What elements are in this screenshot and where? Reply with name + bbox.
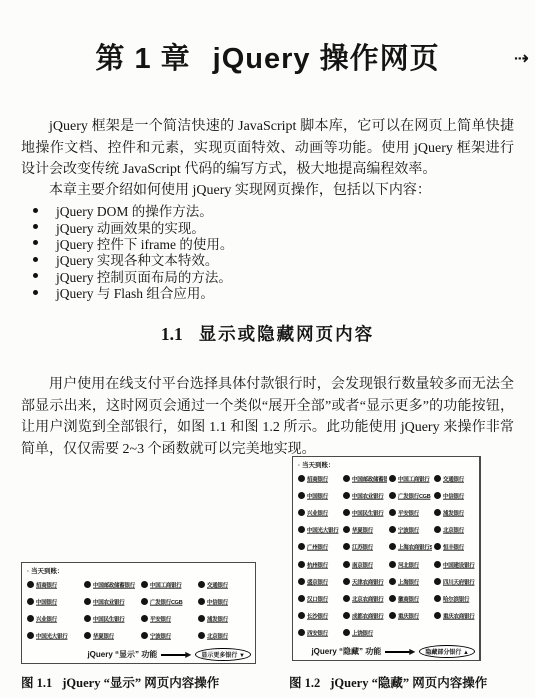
bank-name: 北京农商银行	[352, 594, 383, 602]
bank-item[interactable]: 中国邮政储蓄银行	[82, 576, 139, 593]
bank-name: 广州银行	[307, 543, 328, 551]
bullet-icon	[33, 257, 38, 262]
bank-name: 中信银行	[443, 492, 464, 500]
bank-item[interactable]: 北京银行	[432, 521, 477, 538]
bullet-icon	[33, 240, 38, 245]
bank-item[interactable]: 重庆农商银行	[432, 607, 477, 624]
bank-item[interactable]: 招商银行	[25, 576, 82, 593]
bank-item[interactable]: 平安银行	[387, 504, 432, 521]
bank-name: 北京银行	[207, 631, 228, 639]
bank-logo-icon	[298, 595, 305, 602]
bank-name: 宁波银行	[398, 526, 419, 534]
bank-name: 广发银行CGB	[150, 597, 182, 605]
bank-name: 恒丰银行	[443, 543, 464, 551]
bank-logo-icon	[198, 598, 205, 605]
figure-1-2-screenshot: · 当天到账： 招商银行中国邮政储蓄银行中国工商银行交通银行中国银行中国农业银行…	[292, 456, 481, 661]
bank-item[interactable]: 中国建设银行	[432, 555, 477, 572]
bank-item[interactable]: 广发银行CGB	[387, 487, 432, 504]
bank-name: 江苏银行	[352, 543, 373, 551]
bank-name: 中国建设银行	[443, 560, 474, 568]
show-more-banks-button[interactable]: 显示更多银行 ▼	[195, 648, 251, 661]
bank-item[interactable]: 上海银行	[387, 573, 432, 590]
chapter-name: jQuery 操作网页	[213, 43, 440, 75]
bank-name: 交通银行	[207, 580, 228, 588]
bank-name: 招商银行	[307, 474, 328, 482]
bank-name: 浦发银行	[443, 509, 464, 517]
bank-name: 中国银行	[307, 492, 328, 500]
annotation-label: jQuery “隐藏” 功能	[311, 646, 381, 657]
bank-item[interactable]: 杭州银行	[296, 555, 341, 572]
dashed-arrow-icon: ⇢	[514, 48, 529, 69]
bullet-icon	[33, 273, 38, 278]
bank-name: 交通银行	[443, 474, 464, 482]
arrow-head-icon: ▶	[185, 651, 191, 659]
bank-logo-icon	[27, 632, 34, 639]
bank-name: 中国民生银行	[93, 614, 124, 622]
bank-logo-icon	[141, 581, 148, 588]
bank-logo-icon	[298, 543, 305, 550]
bank-logo-icon	[84, 632, 91, 639]
bank-item[interactable]: 广发银行CGB	[139, 593, 196, 610]
bank-item[interactable]: 盛京银行	[296, 573, 341, 590]
bank-name: 中国工商银行	[150, 580, 181, 588]
bank-name: 长沙银行	[307, 611, 328, 619]
bank-logo-icon	[343, 543, 350, 550]
bank-item[interactable]: 中国农业银行	[82, 593, 139, 610]
bank-name: 上饶银行	[352, 628, 373, 636]
list-item-text: jQuery 与 Flash 组合应用。	[56, 282, 214, 302]
bank-item[interactable]: 交通银行	[432, 470, 477, 487]
bank-logo-icon	[434, 475, 441, 482]
bank-name: 重庆银行	[398, 611, 419, 619]
bank-name: 兴业银行	[307, 509, 328, 517]
bank-logo-icon	[298, 492, 305, 499]
bank-name: 西安银行	[307, 628, 328, 636]
bank-logo-icon	[343, 595, 350, 602]
bank-name: 四川天府银行	[443, 577, 474, 585]
bank-name: 中国邮政储蓄银行	[352, 474, 386, 482]
bank-item[interactable]: 天津农商银行	[341, 573, 386, 590]
bank-logo-icon	[343, 492, 350, 499]
bank-logo-icon	[27, 615, 34, 622]
bank-name: 南京银行	[352, 560, 373, 568]
bank-name: 平安银行	[150, 614, 171, 622]
bank-item[interactable]: 兴业银行	[25, 610, 82, 627]
section-number: 1.1	[161, 324, 183, 344]
bank-item[interactable]: 华夏银行	[341, 521, 386, 538]
bank-logo-icon	[198, 615, 205, 622]
bullet-icon	[33, 224, 38, 229]
bank-name: 兴业银行	[36, 614, 57, 622]
figure-1-1-header: · 当天到账：	[22, 563, 255, 575]
figure-1-1-screenshot: · 当天到账： 招商银行中国邮政储蓄银行中国工商银行交通银行中国银行中国农业银行…	[21, 562, 256, 664]
bank-item[interactable]: 重庆银行	[387, 607, 432, 624]
bank-logo-icon	[434, 492, 441, 499]
bank-logo-icon	[389, 595, 396, 602]
section-title: 显示或隐藏网页内容	[199, 324, 375, 344]
bank-item[interactable]: 河北银行	[387, 555, 432, 572]
bank-logo-icon	[84, 581, 91, 588]
bank-item[interactable]: 中国民生银行	[82, 610, 139, 627]
bank-item[interactable]: 南京银行	[341, 555, 386, 572]
bank-logo-icon	[298, 612, 305, 619]
bank-item[interactable]: 北京农商银行	[341, 590, 386, 607]
arrow-line-icon	[161, 654, 187, 656]
bank-logo-icon	[298, 578, 305, 585]
bank-grid: 招商银行中国邮政储蓄银行中国工商银行交通银行中国银行中国农业银行广发银行CGB中…	[293, 469, 479, 641]
bank-item[interactable]: 成都农商银行	[341, 607, 386, 624]
bank-logo-icon	[389, 526, 396, 533]
section-paragraph: 用户使用在线支付平台选择具体付款银行时，会发现银行数量较多而无法全部显示出来，这…	[21, 374, 514, 460]
book-page: 第 1 章jQuery 操作网页 ⇢ jQuery 框架是一个简洁快速的 Jav…	[0, 0, 535, 698]
bank-item[interactable]: 徽商银行	[387, 590, 432, 607]
figure-1-2-header: · 当天到账：	[293, 457, 479, 469]
bank-name: 中国工商银行	[398, 474, 429, 482]
bank-logo-icon	[298, 475, 305, 482]
bank-logo-icon	[298, 561, 305, 568]
bullet-icon	[33, 290, 38, 295]
bank-logo-icon	[343, 475, 350, 482]
bank-logo-icon	[434, 543, 441, 550]
bank-logo-icon	[434, 561, 441, 568]
bank-item[interactable]: 中国工商银行	[139, 576, 196, 593]
section-heading: 1.1显示或隐藏网页内容	[0, 321, 535, 346]
bank-name: 中国农业银行	[352, 492, 383, 500]
hide-some-banks-button[interactable]: 隐藏部分银行 ▲	[419, 645, 475, 658]
bank-name: 中信银行	[207, 597, 228, 605]
bank-item[interactable]: 浦发银行	[196, 610, 253, 627]
bank-name: 招商银行	[36, 580, 57, 588]
bank-item[interactable]: 西安银行	[296, 624, 341, 641]
bank-item[interactable]: 江苏银行	[341, 538, 386, 555]
bank-name: 汉口银行	[307, 594, 328, 602]
bank-name: 中国民生银行	[352, 509, 383, 517]
caption-text: jQuery “显示” 网页内容操作	[62, 676, 219, 690]
caption-number: 图 1.2	[289, 676, 320, 690]
bank-item[interactable]: 中国民生银行	[341, 504, 386, 521]
bank-logo-icon	[343, 578, 350, 585]
bank-logo-icon	[389, 612, 396, 619]
bank-item[interactable]: 中国邮政储蓄银行	[341, 470, 386, 487]
bank-name: 中国农业银行	[93, 597, 124, 605]
bank-item[interactable]: 华夏银行	[82, 627, 139, 644]
bank-logo-icon	[389, 578, 396, 585]
bank-item[interactable]: 中国农业银行	[341, 487, 386, 504]
bank-logo-icon	[389, 509, 396, 516]
bank-name: 浦发银行	[207, 614, 228, 622]
arrow-head-icon: ▶	[409, 648, 415, 656]
bank-item[interactable]: 平安银行	[139, 610, 196, 627]
bank-name: 中国邮政储蓄银行	[93, 580, 135, 588]
bank-name: 中国光大银行	[307, 526, 338, 534]
bank-name: 北京银行	[443, 526, 464, 534]
bank-name: 宁波银行	[150, 631, 171, 639]
bank-item[interactable]: 中信银行	[432, 487, 477, 504]
bank-item[interactable]: 中国光大银行	[25, 627, 82, 644]
bullet-icon	[33, 208, 38, 213]
bank-name: 华夏银行	[352, 526, 373, 534]
bank-logo-icon	[84, 615, 91, 622]
bank-logo-icon	[27, 581, 34, 588]
bank-logo-icon	[389, 543, 396, 550]
bank-logo-icon	[141, 598, 148, 605]
bank-name: 中国光大银行	[36, 631, 67, 639]
bank-logo-icon	[298, 629, 305, 636]
bank-item[interactable]: 中国银行	[25, 593, 82, 610]
bank-item[interactable]: 北京银行	[196, 627, 253, 644]
bank-item[interactable]: 广州银行	[296, 538, 341, 555]
bank-logo-icon	[298, 526, 305, 533]
bank-logo-icon	[141, 632, 148, 639]
bank-name: 哈尔滨银行	[443, 594, 469, 602]
bank-grid: 招商银行中国邮政储蓄银行中国工商银行交通银行中国银行中国农业银行广发银行CGB中…	[22, 575, 255, 644]
chapter-number: 第 1 章	[95, 43, 190, 75]
intro-paragraph: jQuery 框架是一个简洁快速的 JavaScript 脚本库，它可以在网页上…	[21, 116, 514, 181]
bank-name: 广发银行CGB	[398, 492, 430, 500]
bank-logo-icon	[27, 598, 34, 605]
caption-number: 图 1.1	[21, 676, 52, 690]
bank-logo-icon	[434, 595, 441, 602]
bank-name: 盛京银行	[307, 577, 328, 585]
bank-name: 杭州银行	[307, 560, 328, 568]
bank-name: 徽商银行	[398, 594, 419, 602]
chapter-topics-list: jQuery DOM 的操作方法。 jQuery 动画效果的实现。 jQuery…	[30, 202, 505, 300]
bank-item[interactable]: 中国工商银行	[387, 470, 432, 487]
bank-item[interactable]: 上饶银行	[341, 624, 386, 641]
bank-logo-icon	[343, 526, 350, 533]
bank-name: 成都农商银行	[352, 611, 383, 619]
bank-logo-icon	[389, 561, 396, 568]
bank-item[interactable]: 上海农商银行SRCB	[387, 538, 432, 555]
bank-logo-icon	[389, 492, 396, 499]
bank-name: 天津农商银行	[352, 577, 383, 585]
caption-text: jQuery “隐藏” 网页内容操作	[330, 676, 487, 690]
bank-logo-icon	[434, 509, 441, 516]
bank-item[interactable]: 宁波银行	[139, 627, 196, 644]
bank-name: 重庆农商银行	[443, 611, 474, 619]
annotation-label: jQuery “显示” 功能	[87, 649, 157, 660]
bank-logo-icon	[198, 581, 205, 588]
bank-logo-icon	[84, 598, 91, 605]
bank-logo-icon	[343, 629, 350, 636]
bank-logo-icon	[343, 509, 350, 516]
bank-name: 平安银行	[398, 509, 419, 517]
bank-name: 河北银行	[398, 560, 419, 568]
bank-logo-icon	[343, 561, 350, 568]
bank-item[interactable]: 中国光大银行	[296, 521, 341, 538]
bank-logo-icon	[434, 578, 441, 585]
bank-item[interactable]: 招商银行	[296, 470, 341, 487]
bank-name: 上海农商银行SRCB	[398, 543, 432, 551]
bank-item[interactable]: 兴业银行	[296, 504, 341, 521]
bank-item[interactable]: 中信银行	[196, 593, 253, 610]
figure-1-1-caption: 图 1.1jQuery “显示” 网页内容操作	[21, 673, 219, 691]
arrow-line-icon	[385, 651, 411, 653]
bank-item[interactable]: 中国银行	[296, 487, 341, 504]
bank-name: 上海银行	[398, 577, 419, 585]
bank-item[interactable]: 四川天府银行	[432, 573, 477, 590]
bank-item[interactable]: 浦发银行	[432, 504, 477, 521]
figure-1-1-annotation: jQuery “显示” 功能 ▶ 显示更多银行 ▼	[22, 648, 251, 661]
bank-item[interactable]: 长沙银行	[296, 607, 341, 624]
list-item: jQuery 与 Flash 组合应用。	[30, 284, 505, 300]
bank-item[interactable]: 宁波银行	[387, 521, 432, 538]
bank-item[interactable]: 恒丰银行	[432, 538, 477, 555]
bank-logo-icon	[434, 526, 441, 533]
figure-1-2-caption: 图 1.2jQuery “隐藏” 网页内容操作	[289, 673, 487, 691]
bank-logo-icon	[389, 475, 396, 482]
chapter-title: 第 1 章jQuery 操作网页	[0, 36, 535, 77]
bank-logo-icon	[141, 615, 148, 622]
bank-logo-icon	[343, 612, 350, 619]
bank-logo-icon	[198, 632, 205, 639]
bank-name: 华夏银行	[93, 631, 114, 639]
bank-item[interactable]: 交通银行	[196, 576, 253, 593]
bank-item[interactable]: 哈尔滨银行	[432, 590, 477, 607]
list-intro: 本章主要介绍如何使用 jQuery 实现网页操作，包括以下内容：	[21, 180, 514, 202]
figure-1-2-annotation: jQuery “隐藏” 功能 ▶ 隐藏部分银行 ▲	[293, 645, 475, 658]
bank-name: 中国银行	[36, 597, 57, 605]
bank-logo-icon	[434, 612, 441, 619]
bank-logo-icon	[298, 509, 305, 516]
bank-item[interactable]: 汉口银行	[296, 590, 341, 607]
